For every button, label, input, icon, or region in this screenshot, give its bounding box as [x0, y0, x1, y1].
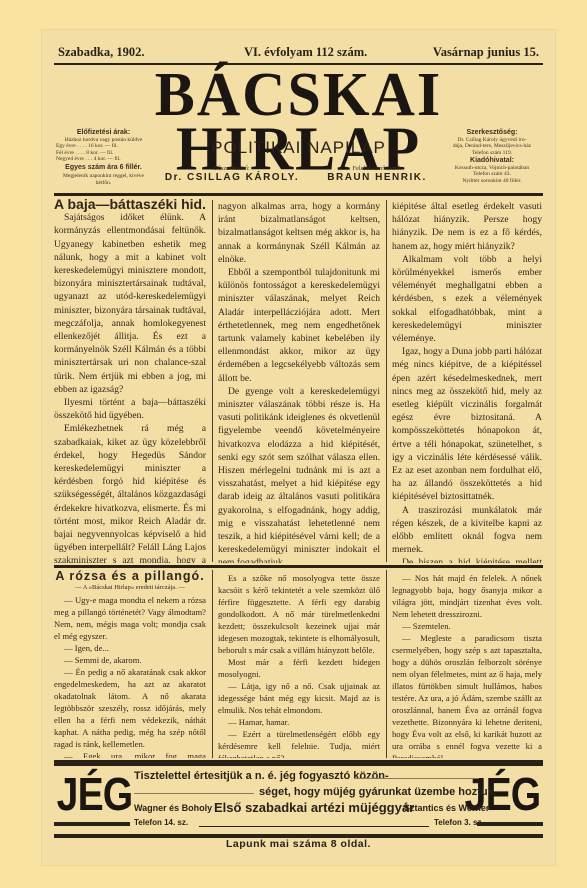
story-paragraph: — Hamar, hamar. — [218, 716, 380, 728]
office-line: Telefon szám 119. — [442, 150, 542, 157]
masthead-rule — [54, 193, 543, 196]
story-title: A rózsa és a pillangó. — [54, 570, 206, 582]
column-divider — [212, 570, 213, 758]
column-divider — [386, 570, 387, 758]
story-paragraph: — Egek ura, mikor fog maga megjavulni. N… — [54, 750, 206, 758]
ad-big-word-left: JÉG — [57, 770, 133, 818]
ad-company-main: Első szabadkai artézi müjéggyár — [214, 800, 414, 815]
story-paragraph: — Megleste a paradicsom tiszta csermelyé… — [392, 632, 542, 758]
story-paragraph: — Látja, igy nő a nő. Csak ujjainak az i… — [218, 680, 380, 716]
ad-line-1: Tisztelettel értesitjük a n. é. jég fogy… — [134, 770, 389, 782]
article-column-1: A baja—báttaszéki hid. Sajátságos időket… — [54, 198, 206, 563]
article-paragraph: De hiszen a hid kiépitése mellett még fo… — [392, 556, 542, 563]
column-divider — [386, 200, 387, 562]
subscription-box: Előfizetési árak: Házhoz hordva vagy pos… — [56, 130, 151, 186]
chief-editor-name: Dr. CSILLAG KÁROLY. — [162, 172, 302, 183]
story-paragraph: — Szemtelen. — [392, 620, 542, 632]
story-paragraph: — Nos hát majd én felelek. A nőnek legna… — [392, 572, 542, 620]
subscription-line: Negyed évre . . . 4 kor. — fil. — [56, 156, 151, 163]
article-paragraph: Emlékezhetnek rá még a szabadkaiak, kike… — [54, 422, 206, 563]
responsible-editor: Felelős szerkesztő: BRAUN HENRIK. — [312, 165, 442, 183]
ad-filler-rule — [134, 793, 254, 794]
story-column-1: A rózsa és a pillangó. — A »Bácskai Hirl… — [54, 570, 206, 758]
volume-issue: VI. évfolyam 112 szám. — [244, 45, 367, 60]
ad-filler-rule — [354, 778, 479, 779]
story-paragraph: — Semmi de, akarom. — [54, 654, 206, 666]
story-paragraph: — Ugy-e maga mondta el nekem a rózsa meg… — [54, 594, 206, 642]
office-line: dája, Deránd-tere, Mesziljevics-ház — [442, 143, 542, 150]
column-divider — [212, 200, 213, 562]
ad-company-right: Sztantics és Werner — [404, 803, 489, 813]
advertisement-rule — [54, 760, 543, 766]
chief-editor: Főszerkesztő: Dr. CSILLAG KÁROLY. — [162, 165, 302, 183]
story-column-2: Es a szőke nő mosolyogva tette össze kac… — [218, 572, 380, 758]
place-year: Szabadka, 1902. — [58, 45, 144, 60]
ad-bar-right — [477, 822, 543, 826]
story-paragraph: — Igen, de... — [54, 642, 206, 654]
article-title: A baja—báttaszéki hid. — [54, 198, 206, 211]
ad-line-2: séget, hogy müjég gyárunkat üzembe hoztu… — [259, 786, 497, 798]
office-line: Nyilttér soronkint 40 fillér. — [442, 178, 542, 185]
single-copy-price: Egyes szám ára 6 fillér. — [56, 165, 151, 172]
story-subtitle: — A »Bácskai Hirlap« eredeti tárczája. — — [54, 582, 206, 594]
ad-bar-left — [54, 822, 130, 826]
page-count-note: Lapunk mai száma 8 oldal. — [42, 838, 555, 850]
story-paragraph: — Ezért a türelmetlenségért előbb egy ké… — [218, 728, 380, 758]
article-paragraph: A traszirozási munkálatok már régen kész… — [392, 504, 542, 557]
article-paragraph: Alkalmam volt több a helyi körülményekke… — [392, 253, 542, 345]
story-column-3: — Nos hát majd én felelek. A nőnek legna… — [392, 572, 542, 758]
article-paragraph: kiépitése által esetleg érdekelt vasuti … — [392, 200, 542, 253]
ad-company-left: Wagner és Boholy — [134, 803, 212, 813]
publication-schedule: Megjelenik naponkint reggel, kivéve hétf… — [56, 173, 151, 186]
story-paragraph: Es a szőke nő mosolyogva tette össze kac… — [218, 572, 380, 656]
newspaper-page: Szabadka, 1902. VI. évfolyam 112 szám. V… — [42, 30, 555, 865]
issue-date: Vasárnap junius 15. — [433, 45, 539, 60]
responsible-editor-label: Felelős szerkesztő: — [312, 165, 442, 172]
article-paragraph: Igaz, hogy a Duna jobb parti hálózat még… — [392, 345, 542, 503]
article-paragraph: De gyenge volt a kereskedelemügyi minisz… — [218, 385, 380, 563]
chief-editor-label: Főszerkesztő: — [162, 165, 302, 172]
article-paragraph: Ebből a szempontból tulajdonitunk mi kül… — [218, 266, 380, 385]
ad-phone-rule — [199, 826, 429, 827]
article-paragraph: nagyon alkalmas arra, hogy a kormány irá… — [218, 200, 380, 266]
office-box: Szerkesztőség: Dr. Csillag Károly ügyvéd… — [442, 130, 542, 184]
article-paragraph: Sajátságos időket élünk. A kormányzás el… — [54, 211, 206, 396]
feuilleton-rule — [54, 565, 543, 568]
responsible-editor-name: BRAUN HENRIK. — [312, 172, 442, 183]
masthead-title: BÁCSKAI HIRLAP — [54, 67, 543, 122]
ad-phone-left: Telefon 14. sz. — [134, 818, 188, 827]
article-column-2: nagyon alkalmas arra, hogy a kormány irá… — [218, 200, 380, 563]
article-column-3: kiépitése által esetleg érdekelt vasuti … — [392, 200, 542, 563]
story-paragraph: Most már a férfi kezdett hidegen mosolyo… — [218, 656, 380, 680]
ice-advertisement: JÉG JÉG Tisztelettel értesitjük a n. é. … — [54, 768, 543, 834]
article-paragraph: Ilyesmi történt a baja—báttaszéki összek… — [54, 396, 206, 422]
story-paragraph: — Én pedig a nő akaratának csak akkor en… — [54, 666, 206, 750]
